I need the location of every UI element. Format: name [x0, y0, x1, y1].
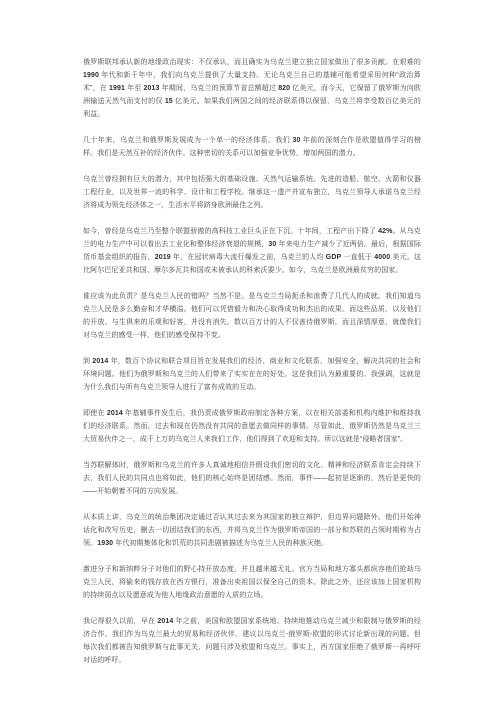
emphasized-number: 42%: [378, 228, 392, 235]
document-page: 俄罗斯联邦承认新的地缘政治现实：不仅承认，而且确实为乌克兰建立独立国家做出了很多…: [0, 0, 500, 707]
emphasized-number: 30: [293, 137, 301, 144]
emphasized-number: 2013: [144, 85, 160, 92]
emphasized-number: 2014: [92, 358, 108, 365]
emphasized-number: 820: [278, 85, 290, 92]
paragraph: 我记得很久以前，早在 2014 年之前，美国和欧盟国家系统地、持续地推动乌克兰减…: [83, 615, 421, 667]
emphasized-number: 4000: [374, 254, 390, 261]
paragraph: 俄罗斯联邦承认新的地缘政治现实：不仅承认，而且确实为乌克兰建立独立国家做出了很多…: [83, 56, 421, 121]
emphasized-number: 1930: [97, 540, 113, 547]
emphasized-number: 1990: [83, 72, 99, 79]
emphasized-number: 2019: [155, 254, 171, 261]
paragraph: 即使在 2014 年基辅事件发生后，我仍责成俄罗斯政府制定各种方案，以在相关部委…: [83, 407, 421, 446]
paragraph: 激进分子和新纳粹分子对他们的野心持开放态度，并且越来越无礼。官方当局和地方寡头都…: [83, 563, 421, 602]
paragraph: 如今，曾经是乌克兰乃至整个联盟骄傲的高科技工业巨头正在下沉。十年间，工程产出下降…: [83, 225, 421, 277]
paragraph: 当苏联解体时，俄罗斯和乌克兰的许多人真诚地相信并假设我们密切的文化、精神和经济联…: [83, 459, 421, 498]
emphasized-number: 2014: [107, 410, 123, 417]
paragraph: 从本质上讲，乌克兰的统治集团决定通过否认其过去来为其国家的独立辩护，但边界问题除…: [83, 511, 421, 550]
paragraph: 谁应该为此负责？是乌克兰人民的错吗？当然不是。是乌克兰当局扼杀和浪费了几代人的成…: [83, 290, 421, 342]
paragraph: 几十年来，乌克兰和俄罗斯发展成为一个单一的经济体系。我们 30 年前的深刻合作是…: [83, 134, 421, 160]
paragraph: 到 2014 年，数百个协议和联合项目旨在发展我们的经济、商业和文化联系，加强安…: [83, 355, 421, 394]
emphasized-number: 30: [268, 241, 276, 248]
document-body: 俄罗斯联邦承认新的地缘政治现实：不仅承认，而且确实为乌克兰建立独立国家做出了很多…: [83, 56, 421, 667]
paragraph: 乌克兰曾经拥有巨大的潜力，其中包括强大的基础设施、天然气运输系统、先进的造船、航…: [83, 173, 421, 212]
emphasized-number: 1991: [109, 85, 125, 92]
emphasized-number: GDP: [326, 254, 341, 261]
emphasized-number: 15: [165, 98, 173, 105]
emphasized-number: 2014: [157, 618, 173, 625]
